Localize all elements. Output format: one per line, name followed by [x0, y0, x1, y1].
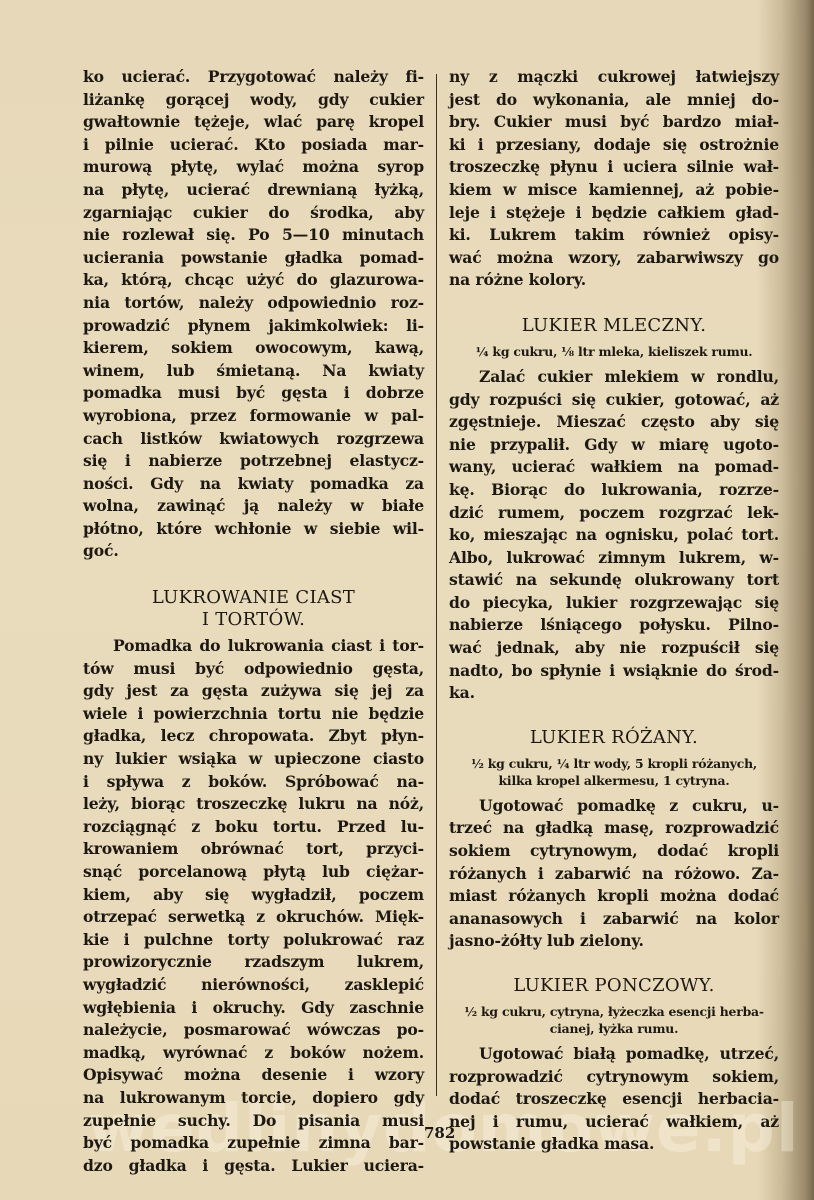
text-line: nie rozlewał się. Po 5—10 minutach — [83, 224, 424, 247]
lukrowanie-body-paragraph: Pomadka do lukrowania ciast i tor- tów m… — [83, 635, 424, 1177]
text-line: nia tortów, należy odpowiednio roz- — [83, 292, 424, 315]
recipe-lukier-ponczowy: LUKIER PONCZOWY. ½ kg cukru, cytryna, ły… — [449, 975, 779, 1156]
text-line: stawić na sekundę olukrowany tort — [449, 569, 779, 592]
ingredients-line: kilka kropel alkermesu, 1 cytryna. — [449, 772, 779, 789]
text-line: Pomadka do lukrowania ciast i tor- — [83, 635, 424, 658]
text-line: kierem, sokiem owocowym, kawą, — [83, 337, 424, 360]
recipe-body: Zalać cukier mlekiem w rondlu, gdy rozpu… — [449, 366, 779, 705]
text-line: gdy jest za gęsta zużywa się jej za — [83, 680, 424, 703]
text-line: na płytę, ucierać drewnianą łyżką, — [83, 179, 424, 202]
text-line: ananasowych i zabarwić na kolor — [449, 908, 779, 931]
text-line: się i nabierze potrzebnej elastycz- — [83, 450, 424, 473]
text-line: wać można wzory, zabarwiwszy go — [449, 247, 779, 270]
text-line: Zalać cukier mlekiem w rondlu, — [449, 366, 779, 389]
text-line: płótno, które wchłonie w siebie wil- — [83, 518, 424, 541]
recipe-lukier-rozany: LUKIER RÓŻANY. ½ kg cukru, ¼ ltr wody, 5… — [449, 727, 779, 953]
text-line: trzeć na gładką masę, rozprowadzić — [449, 817, 779, 840]
text-line: jasno-żółty lub zielony. — [449, 930, 779, 953]
right-intro-paragraph: ny z mączki cukrowej łatwiejszy jest do … — [449, 66, 779, 292]
page-number: 782 — [424, 1124, 455, 1142]
text-line: wyrobiona, przez formowanie w pal- — [83, 405, 424, 428]
section-heading-line-1: LUKROWANIE CIAST — [83, 587, 424, 609]
text-line: leży, biorąc troszeczkę lukru na nóż, — [83, 793, 424, 816]
column-divider — [436, 74, 437, 1096]
text-line: dzić rumem, poczem rozgrzać lek- — [449, 502, 779, 525]
text-line: wygładzić nierówności, zasklepić — [83, 974, 424, 997]
recipe-ingredients: ¼ kg cukru, ⅛ ltr mleka, kieliszek rumu. — [449, 343, 779, 360]
text-line: nabierze lśniącego połysku. Pilno- — [449, 614, 779, 637]
text-line: Albo, lukrować zimnym lukrem, w- — [449, 547, 779, 570]
text-line: kiem w misce kamiennej, aż pobie- — [449, 179, 779, 202]
text-line: nej i rumu, ucierać wałkiem, aż — [449, 1111, 779, 1134]
text-line: i spływa z boków. Spróbować na- — [83, 771, 424, 794]
text-line: wać jednak, aby nie rozpuścił się — [449, 637, 779, 660]
text-line: otrzepać serwetką z okruchów. Mięk- — [83, 906, 424, 929]
text-line: dzo gładka i gęsta. Lukier uciera- — [83, 1155, 424, 1178]
recipe-heading-block: LUKIER MLECZNY. — [449, 315, 779, 337]
text-line: wany, ucierać wałkiem na pomad- — [449, 456, 779, 479]
text-line: ny z mączki cukrowej łatwiejszy — [449, 66, 779, 89]
text-line: wiele i powierzchnia tortu nie będzie — [83, 703, 424, 726]
section-heading-lukrowanie: LUKROWANIE CIAST I TORTÓW. — [83, 587, 424, 631]
text-line: kę. Biorąc do lukrowania, rozrze- — [449, 479, 779, 502]
recipe-heading-block: LUKIER PONCZOWY. — [449, 975, 779, 997]
text-line: prowizorycznie rzadszym lukrem, — [83, 951, 424, 974]
text-line: gdy rozpuści się cukier, gotować, aż — [449, 389, 779, 412]
text-line: tów musi być odpowiednio gęsta, — [83, 658, 424, 681]
text-line: rozprowadzić cytrynowym sokiem, — [449, 1066, 779, 1089]
recipe-title: LUKIER PONCZOWY. — [449, 975, 779, 997]
recipe-body: Ugotować pomadkę z cukru, u- trzeć na gł… — [449, 795, 779, 953]
text-line: ka. — [449, 682, 779, 705]
text-line: zgęstnieje. Mieszać często aby się — [449, 411, 779, 434]
text-line: sokiem cytrynowym, dodać kropli — [449, 840, 779, 863]
text-line: prowadzić płynem jakimkolwiek: li- — [83, 315, 424, 338]
text-line: Ugotować pomadkę z cukru, u- — [449, 795, 779, 818]
text-line: ny lukier wsiąka w upieczone ciasto — [83, 748, 424, 771]
text-line: wgłębienia i okruchy. Gdy zaschnie — [83, 997, 424, 1020]
book-page: wedlinydomowe.pl ko ucierać. Przygotować… — [0, 0, 814, 1200]
text-line: do piecyka, lukier rozgrzewając się — [449, 592, 779, 615]
text-line: murową płytę, wylać można syrop — [83, 156, 424, 179]
text-line: leje i stężeje i będzie całkiem gład- — [449, 202, 779, 225]
text-line: goć. — [83, 540, 424, 563]
text-line: madką, wyrównać z boków nożem. — [83, 1042, 424, 1065]
text-line: ki. Lukrem takim również opisy- — [449, 224, 779, 247]
left-intro-paragraph: ko ucierać. Przygotować należy fi- liżan… — [83, 66, 424, 563]
text-line: ki i przesiany, dodaje się ostrożnie — [449, 134, 779, 157]
text-line: na lukrowanym torcie, dopiero gdy — [83, 1087, 424, 1110]
text-line: gładka, lecz chropowata. Zbyt płyn- — [83, 725, 424, 748]
right-column: ny z mączki cukrowej łatwiejszy jest do … — [449, 66, 779, 1156]
text-line: liżankę gorącej wody, gdy cukier — [83, 89, 424, 112]
text-line: być pomadka zupełnie zimna bar- — [83, 1132, 424, 1155]
text-line: powstanie gładka masa. — [449, 1133, 779, 1156]
text-line: dodać troszeczkę esencji herbacia- — [449, 1088, 779, 1111]
text-line: snąć porcelanową płytą lub ciężar- — [83, 861, 424, 884]
text-line: wolna, zawinąć ją należy w białe — [83, 495, 424, 518]
recipe-lukier-mleczny: LUKIER MLECZNY. ¼ kg cukru, ⅛ ltr mleka,… — [449, 315, 779, 705]
text-line: na różne kolory. — [449, 269, 779, 292]
ingredients-line: ½ kg cukru, ¼ ltr wody, 5 kropli różanyc… — [449, 755, 779, 772]
text-line: bry. Cukier musi być bardzo miał- — [449, 111, 779, 134]
text-line: gwałtownie tężeje, wlać parę kropel — [83, 111, 424, 134]
text-line: należycie, posmarować wówczas po- — [83, 1019, 424, 1042]
ingredients-line: ½ kg cukru, cytryna, łyżeczka esencji he… — [449, 1003, 779, 1020]
ingredients-line: ¼ kg cukru, ⅛ ltr mleka, kieliszek rumu. — [449, 343, 779, 360]
text-line: troszeczkę płynu i uciera silnie wał- — [449, 156, 779, 179]
text-line: zupełnie suchy. Do pisania musi — [83, 1110, 424, 1133]
left-column: ko ucierać. Przygotować należy fi- liżan… — [83, 66, 424, 1177]
text-line: cach listków kwiatowych rozgrzewa — [83, 428, 424, 451]
recipe-heading-block: LUKIER RÓŻANY. — [449, 727, 779, 749]
text-line: rozciągnąć z boku tortu. Przed lu- — [83, 816, 424, 839]
text-line: jest do wykonania, ale mniej do- — [449, 89, 779, 112]
ingredients-line: cianej, łyżka rumu. — [449, 1020, 779, 1037]
text-line: Ugotować białą pomadkę, utrzeć, — [449, 1043, 779, 1066]
text-line: ności. Gdy na kwiaty pomadka za — [83, 473, 424, 496]
text-line: ko ucierać. Przygotować należy fi- — [83, 66, 424, 89]
text-line: ka, którą, chcąc użyć do glazurowa- — [83, 269, 424, 292]
text-line: krowaniem obrównać tort, przyci- — [83, 838, 424, 861]
text-line: różanych i zabarwić na różowo. Za- — [449, 863, 779, 886]
recipe-ingredients: ½ kg cukru, cytryna, łyżeczka esencji he… — [449, 1003, 779, 1037]
text-line: ucierania powstanie gładka pomad- — [83, 247, 424, 270]
text-line: miast różanych kropli można dodać — [449, 885, 779, 908]
section-heading-line-2: I TORTÓW. — [83, 609, 424, 631]
text-line: kiem, aby się wygładził, poczem — [83, 884, 424, 907]
recipe-title: LUKIER MLECZNY. — [449, 315, 779, 337]
text-line: winem, lub śmietaną. Na kwiaty — [83, 360, 424, 383]
recipe-body: Ugotować białą pomadkę, utrzeć, rozprowa… — [449, 1043, 779, 1156]
text-line: nie przypalił. Gdy w miarę ugoto- — [449, 434, 779, 457]
recipe-ingredients: ½ kg cukru, ¼ ltr wody, 5 kropli różanyc… — [449, 755, 779, 789]
text-line: kie i pulchne torty polukrować raz — [83, 929, 424, 952]
recipe-title: LUKIER RÓŻANY. — [449, 727, 779, 749]
text-line: Opisywać można desenie i wzory — [83, 1064, 424, 1087]
text-line: nadto, bo spłynie i wsiąknie do środ- — [449, 660, 779, 683]
text-line: zgarniając cukier do środka, aby — [83, 202, 424, 225]
text-line: ko, mieszając na ognisku, polać tort. — [449, 524, 779, 547]
text-line: i pilnie ucierać. Kto posiada mar- — [83, 134, 424, 157]
text-line: pomadka musi być gęsta i dobrze — [83, 382, 424, 405]
